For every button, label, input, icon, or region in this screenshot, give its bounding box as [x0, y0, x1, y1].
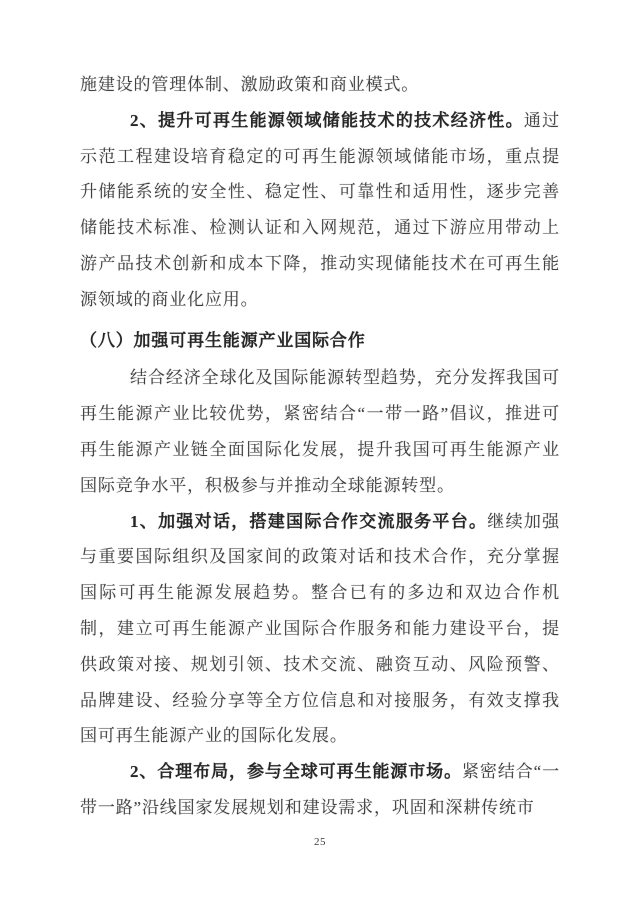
- paragraph-text: 施建设的管理体制、激励政策和商业模式。: [80, 75, 419, 94]
- paragraph: 施建设的管理体制、激励政策和商业模式。: [80, 67, 560, 103]
- paragraph-lead-bold: 1、加强对话，搭建国际合作交流服务平台。: [130, 512, 487, 531]
- paragraph: 2、提升可再生能源领域储能技术的技术经济性。通过示范工程建设培育稳定的可再生能源…: [80, 103, 560, 318]
- paragraph-lead-bold: 2、提升可再生能源领域储能技术的技术经济性。: [130, 111, 524, 130]
- paragraph-text: 结合经济全球化及国际能源转型趋势，充分发挥我国可再生能源产业比较优势，紧密结合“…: [80, 368, 560, 494]
- section-heading: （八）加强可再生能源产业国际合作: [80, 323, 560, 359]
- page-number: 25: [0, 836, 640, 848]
- document-body: 施建设的管理体制、激励政策和商业模式。2、提升可再生能源领域储能技术的技术经济性…: [80, 67, 560, 826]
- document-page: 施建设的管理体制、激励政策和商业模式。2、提升可再生能源领域储能技术的技术经济性…: [0, 0, 640, 905]
- paragraph: 结合经济全球化及国际能源转型趋势，充分发挥我国可再生能源产业比较优势，紧密结合“…: [80, 360, 560, 503]
- paragraph-lead-bold: 2、合理布局，参与全球可再生能源市场。: [130, 762, 462, 781]
- paragraph-lead-bold: （八）加强可再生能源产业国际合作: [80, 331, 366, 350]
- paragraph-text: 继续加强与重要国际组织及国家间的政策对话和技术合作，充分掌握国际可再生能源发展趋…: [80, 512, 560, 746]
- paragraph: 1、加强对话，搭建国际合作交流服务平台。继续加强与重要国际组织及国家间的政策对话…: [80, 504, 560, 755]
- paragraph-text: 通过示范工程建设培育稳定的可再生能源领域储能市场，重点提升储能系统的安全性、稳定…: [80, 111, 560, 309]
- paragraph: 2、合理布局，参与全球可再生能源市场。紧密结合“一带一路”沿线国家发展规划和建设…: [80, 754, 560, 826]
